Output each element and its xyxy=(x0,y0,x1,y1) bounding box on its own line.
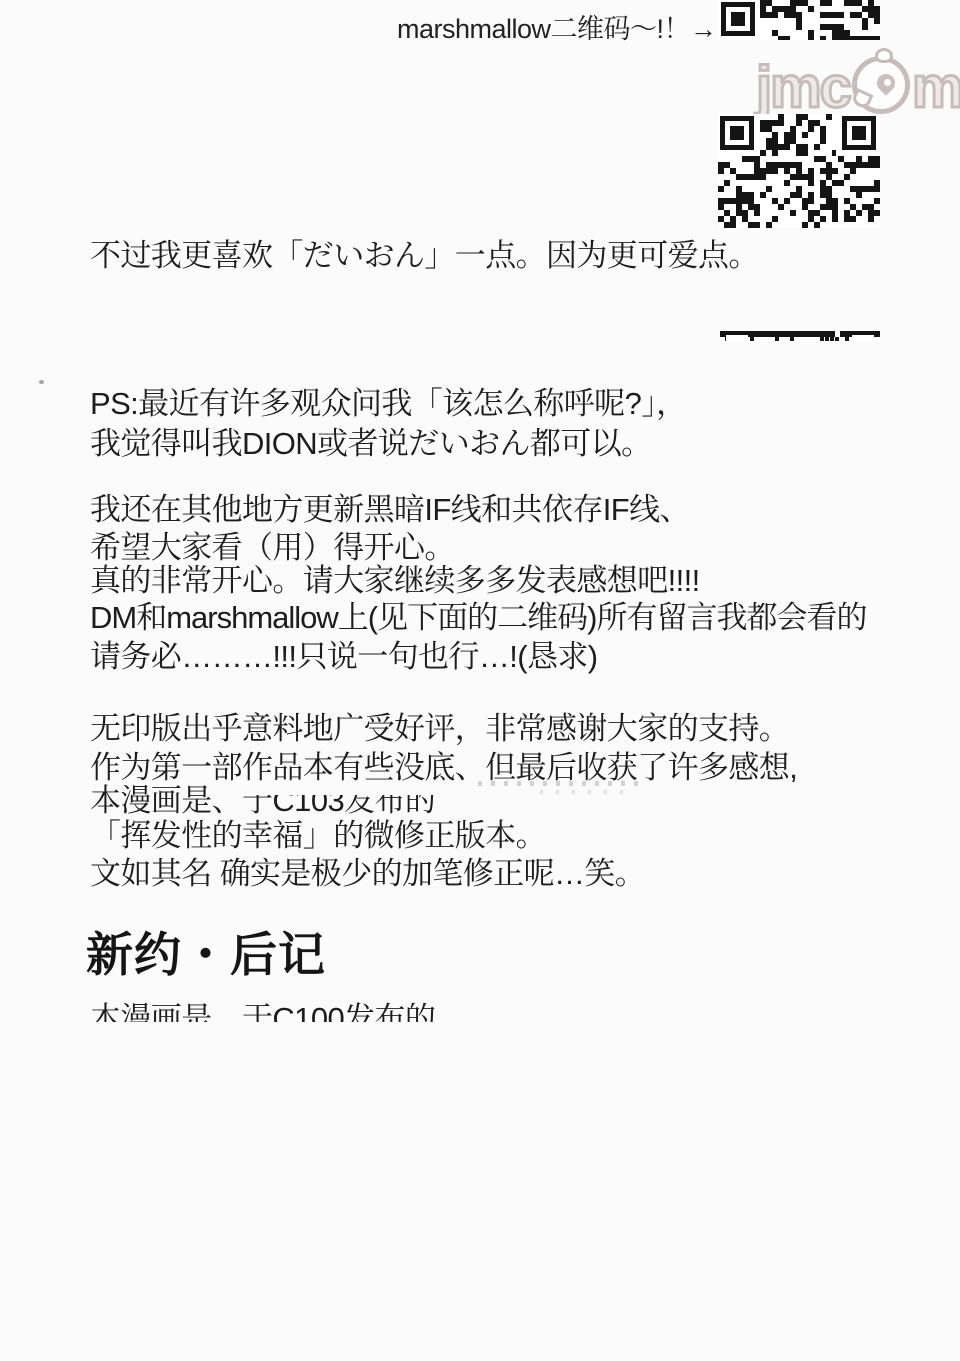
jmcomic-watermark-text-left: jmc xyxy=(756,54,850,121)
bottom-cut-off-line-text: 本漫画是、于C100发布的 xyxy=(90,1001,435,1022)
afterword-text-line: 不过我更喜欢「だいおん」一点。因为更可爱点。 xyxy=(90,238,759,274)
jmcomic-mascot-icon xyxy=(852,56,910,114)
erased-text-remnant xyxy=(540,790,630,794)
marshmallow-qr-code xyxy=(718,114,880,228)
erased-text-remnant xyxy=(478,781,644,786)
afterword-text-line: 文如其名 确实是极少的加笔修正呢…笑。 xyxy=(90,856,645,892)
afterword-text-line: 我觉得叫我DION或者说だいおん都可以。 xyxy=(90,426,652,462)
afterword-text-line: 真的非常开心。请大家继续多多发表感想吧!!!! xyxy=(90,563,700,599)
afterword-page: marshmallow二维码〜!！→ jmcmic 不过我更喜欢「だいおん」一点… xyxy=(0,0,960,1361)
afterword-text-line: 「挥发性的幸福」的微修正版本。 xyxy=(90,818,546,854)
afterword-text-line: 无印版出乎意料地广受好评，非常感谢大家的支持。 xyxy=(90,711,789,747)
afterword-heading: 新约・后记 xyxy=(86,918,326,985)
ink-dot-artifact xyxy=(39,380,44,384)
afterword-text-line: DM和marshmallow上(见下面的二维码)所有留言我都会看的 xyxy=(90,600,866,636)
afterword-text-line: 我还在其他地方更新黑暗IF线和共依存IF线、 xyxy=(90,492,690,528)
jmcomic-watermark: jmcmic xyxy=(756,58,960,116)
afterword-text-line: 作为第一部作品本有些没底、但最后收获了许多感想, xyxy=(90,750,797,786)
afterword-text-line: 希望大家看（用）得开心。 xyxy=(90,530,455,566)
bottom-cut-off-line: 本漫画是、于C100发布的 xyxy=(90,1001,435,1022)
afterword-text-line: PS:最近有许多观众问我「该怎么称呼呢?」， xyxy=(90,386,687,422)
marshmallow-qr-label: marshmallow二维码〜!！→ xyxy=(397,7,717,46)
afterword-text-line: 请务必………!!!只说一句也行…!(恳求) xyxy=(90,639,598,675)
jmcomic-watermark-text-right: mic xyxy=(912,54,960,121)
qr-code-edge-sliver xyxy=(720,331,880,342)
clipped-line-intact-part: 本漫画是、 xyxy=(90,783,242,818)
marshmallow-qr-code-top-fragment xyxy=(718,0,880,40)
clipped-line-top-cut-part: 于C103发布的 xyxy=(242,783,435,819)
afterword-text-line-partially-erased: 本漫画是、于C103发布的 xyxy=(90,783,435,819)
